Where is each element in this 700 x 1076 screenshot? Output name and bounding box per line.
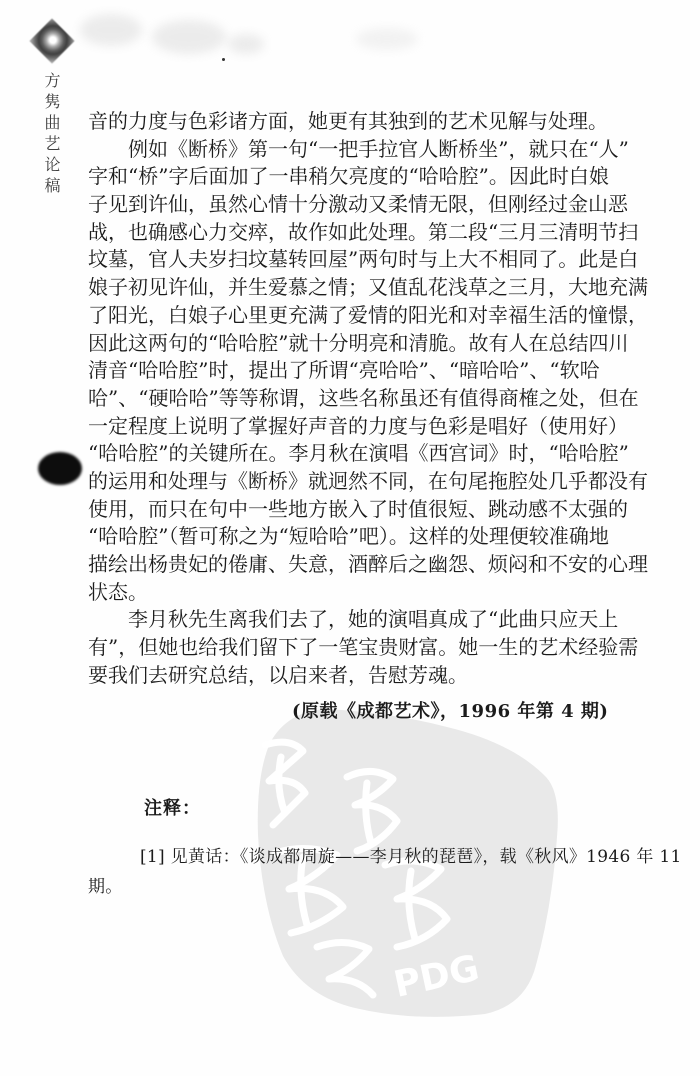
- body-line: 的运用和处理与《断桥》就迥然不同，在句尾拖腔处几乎都没有: [88, 468, 688, 496]
- body-line: 哈”、“硬哈哈”等等称谓，这些名称虽还有值得商榷之处，但在: [88, 385, 688, 413]
- body-line: “哈哈腔”（暂可称之为“短哈哈”吧）。这样的处理便较准确地: [88, 523, 688, 551]
- body-line: 要我们去研究总结，以启来者，告慰芳魂。: [88, 662, 688, 690]
- scan-smudge: [356, 28, 418, 50]
- scan-smudge: [228, 34, 264, 54]
- scan-smudge: [80, 14, 142, 46]
- spine-title-calligraphy: 方隽曲艺论稿: [40, 72, 63, 212]
- body-line: 了阳光，白娘子心里更充满了爱情的阳光和对幸福生活的憧憬，: [88, 302, 688, 330]
- footnote-line: 期。: [88, 872, 123, 897]
- body-line: 例如《断桥》第一句“一把手拉官人断桥坐”，就只在“人”: [88, 136, 688, 164]
- body-line: 状态。: [88, 579, 688, 607]
- diamond-ornament-stamp: [29, 18, 74, 63]
- body-line: 因此这两句的“哈哈腔”就十分明亮和清脆。故有人在总结四川: [88, 330, 688, 358]
- body-line: 清音“哈哈腔”时，提出了所谓“亮哈哈”、“暗哈哈”、“软哈: [88, 357, 688, 385]
- body-line: 使用，而只在句中一些地方嵌入了时值很短、跳动感不太强的: [88, 496, 688, 524]
- body-line: 描绘出杨贵妃的倦庸、失意，酒醉后之幽怨、烦闷和不安的心理: [88, 551, 688, 579]
- body-line: 娘子初见许仙，并生爱慕之情；又值乱花浅草之三月，大地充满: [88, 274, 688, 302]
- ink-blot: [38, 452, 82, 485]
- scan-smudge: [152, 20, 226, 54]
- notes-heading: 注释：: [144, 794, 201, 820]
- body-line: 坟墓，官人夫岁扫坟墓转回屋”两句时与上大不相同了。此是白: [88, 246, 688, 274]
- footnote-line: [1] 见黄话：《谈成都周旋——李月秋的琵琶》，载《秋风》1946 年 11: [140, 842, 682, 867]
- body-line: 有”，但她也给我们留下了一笔宝贵财富。她一生的艺术经验需: [88, 634, 688, 662]
- body-line: 子见到许仙，虽然心情十分激动又柔情无限，但刚经过金山恶: [88, 191, 688, 219]
- body-line: 战，也确感心力交瘁，故作如此处理。第二段“三月三清明节扫: [88, 219, 688, 247]
- body-line: “哈哈腔”的关键所在。李月秋在演唱《西宫词》时，“哈哈腔”: [88, 440, 688, 468]
- body-line: 音的力度与色彩诸方面，她更有其独到的艺术见解与处理。: [88, 108, 688, 136]
- article-body: 音的力度与色彩诸方面，她更有其独到的艺术见解与处理。 例如《断桥》第一句“一把手…: [88, 108, 688, 689]
- body-line: 李月秋先生离我们去了，她的演唱真成了“此曲只应天上: [88, 606, 688, 634]
- body-line: 一定程度上说明了掌握好声音的力度与色彩是唱好（使用好）: [88, 413, 688, 441]
- scanned-book-page: 方隽曲艺论稿 PDG 音的力度与色彩诸方面，她更有其独到的艺术见解与处理。 例如…: [0, 0, 700, 1076]
- body-line: 字和“桥”字后面加了一串稍欠亮度的“哈哈腔”。因此时白娘: [88, 163, 688, 191]
- source-citation: (原载《成都艺术》，1996 年第 4 期): [292, 697, 608, 723]
- ink-speck: [222, 58, 225, 61]
